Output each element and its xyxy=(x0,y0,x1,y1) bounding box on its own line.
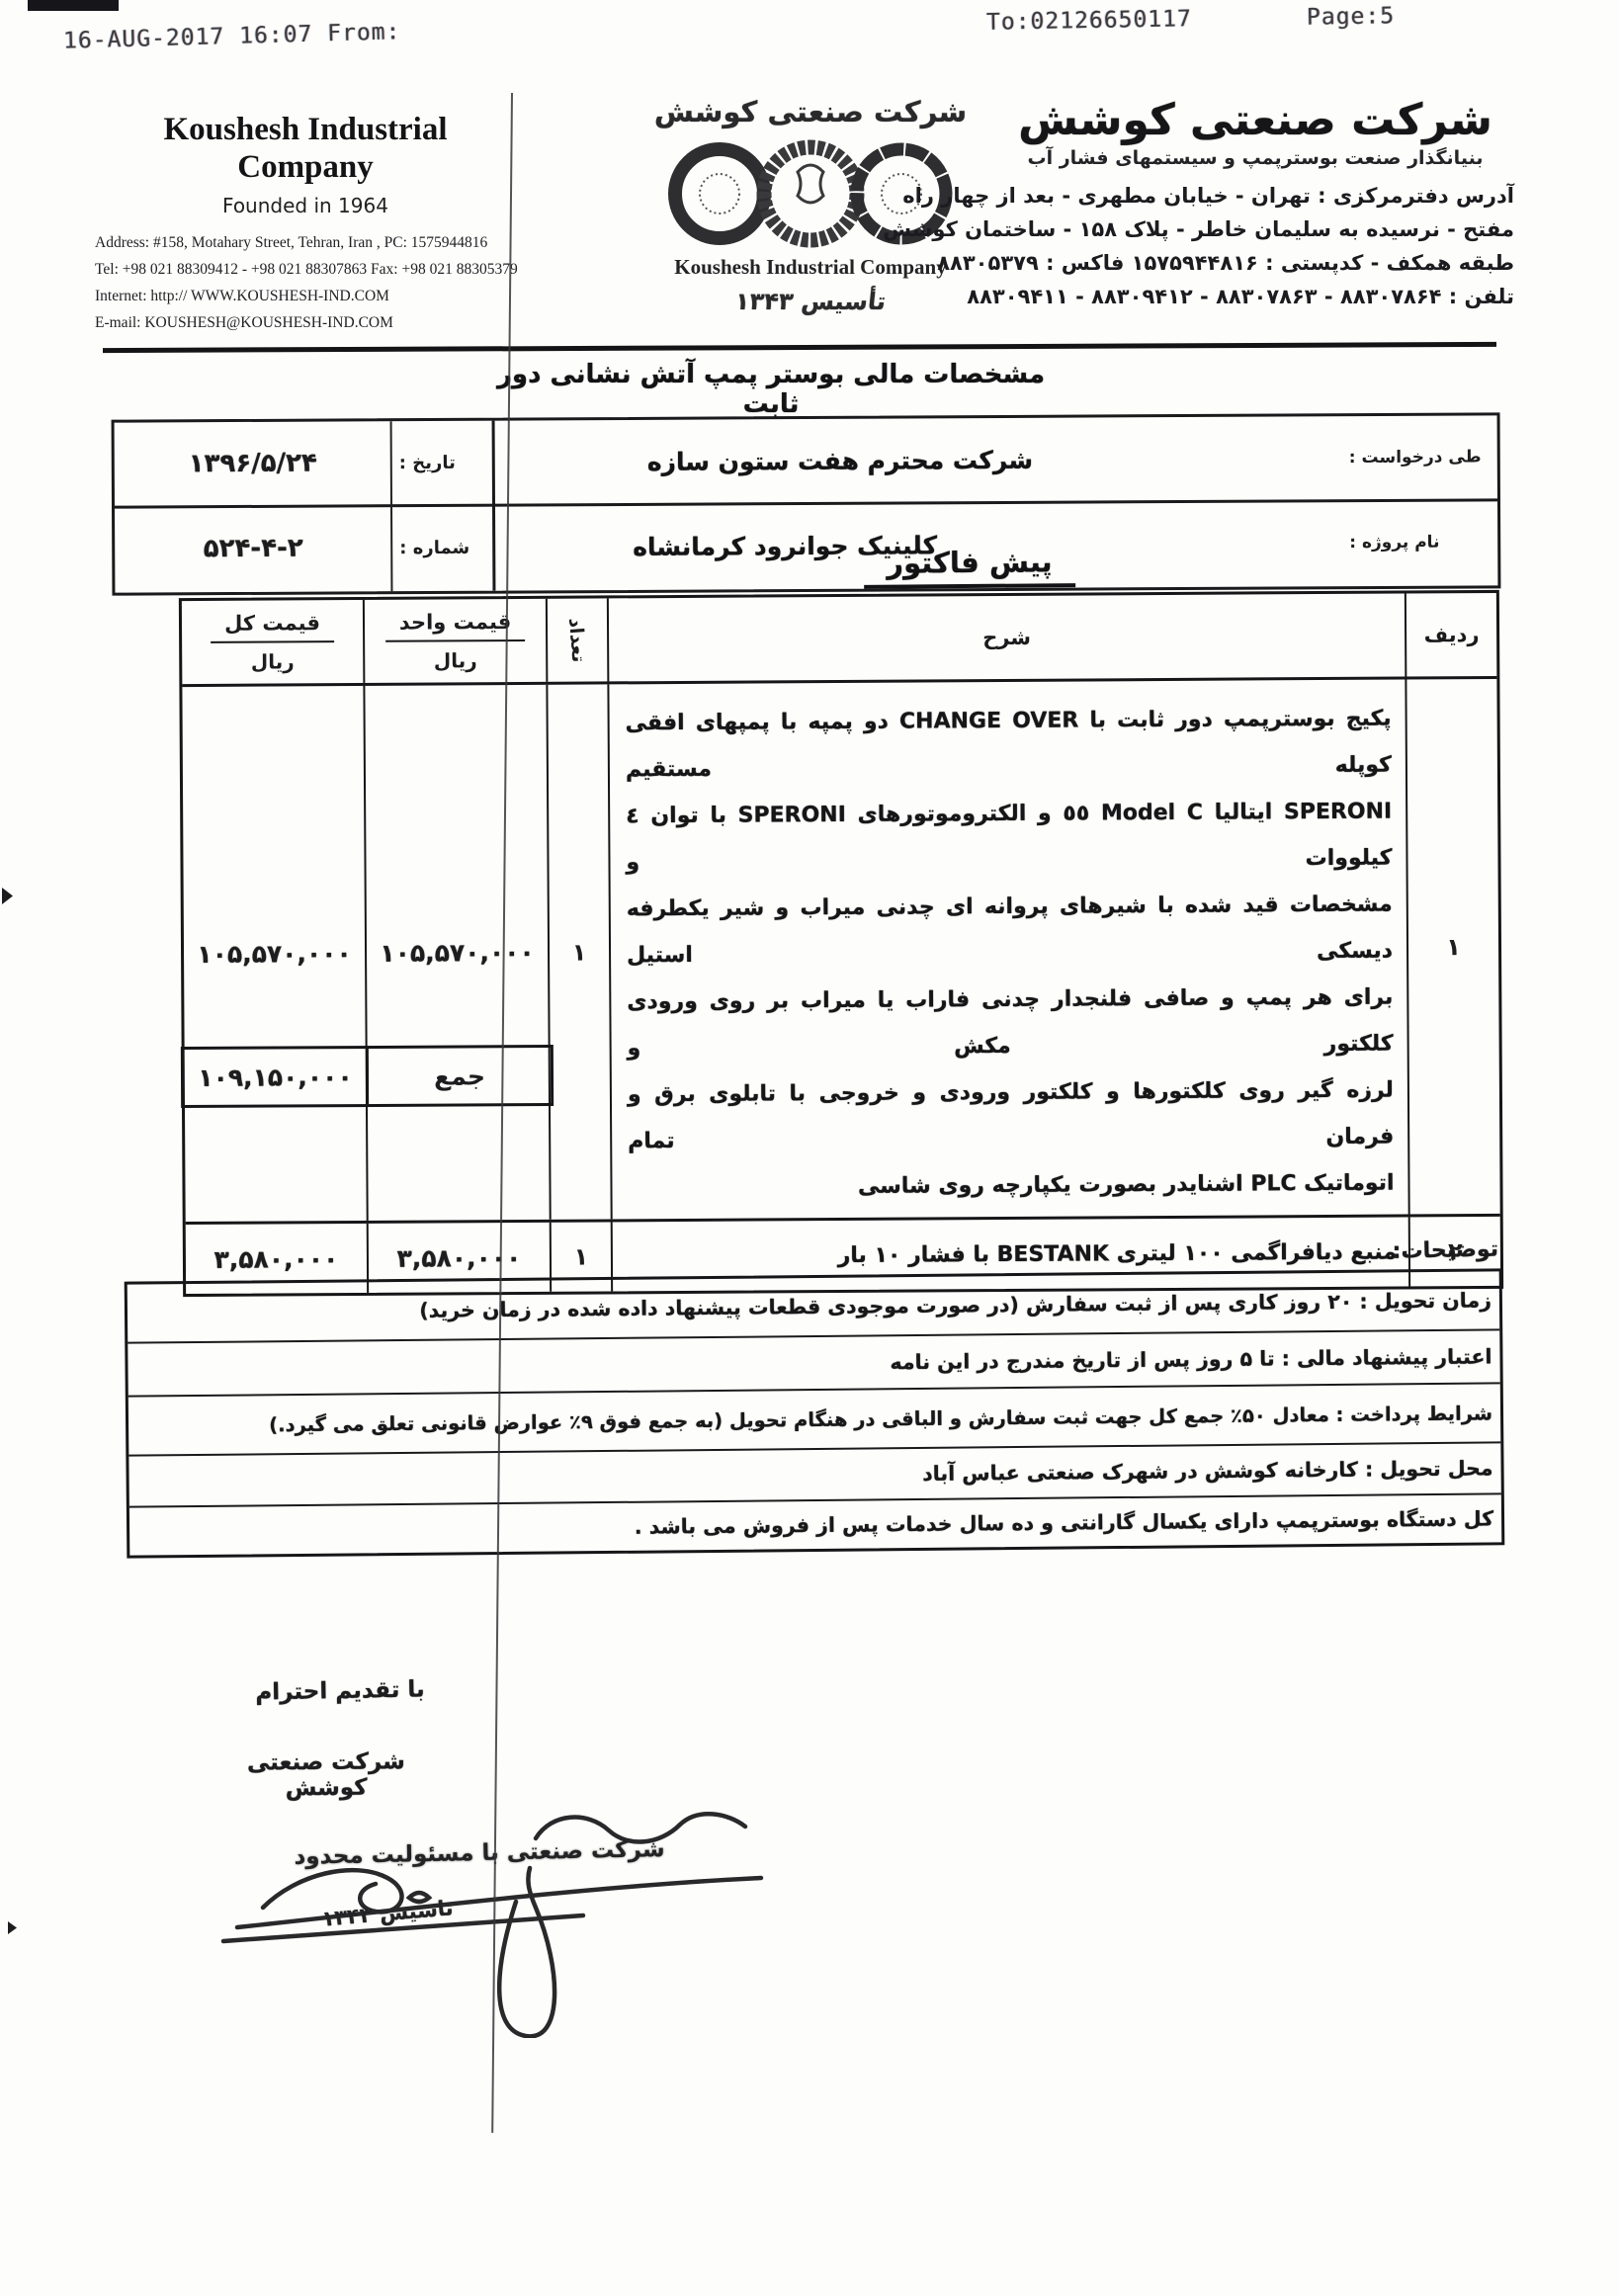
letterhead-persian: شرکت صنعتی کوشش بنیانگذار صنعت بوسترپمپ … xyxy=(996,95,1514,313)
address-en: Address: #158, Motahary Street, Tehran, … xyxy=(95,229,516,256)
company-name-fa: شرکت صنعتی کوشش xyxy=(996,95,1514,145)
founded-en: Founded in 1964 xyxy=(95,194,516,217)
address-fa-line1: آدرس دفترمرکزی : تهران - خیابان مطهری - … xyxy=(996,179,1514,213)
address-fa-line2: مفتح - نرسیده به سلیمان خاطر - پلاک ۱۵۸ … xyxy=(996,213,1514,246)
logo-company-name-fa: شرکت صنعتی کوشش xyxy=(635,95,986,128)
number-label: شماره : xyxy=(395,507,493,589)
request-label: طی درخواست : xyxy=(1343,415,1493,499)
date-label: تاریخ : xyxy=(395,421,493,505)
fax-from-stamp: 16-AUG-2017 16:07 From: xyxy=(63,19,401,54)
request-info-table: طی درخواست : شرکت محترم هفت ستون سازه نا… xyxy=(112,412,1501,595)
document-title: مشخصات مالی بوستر پمپ آتش نشانی دور ثابت xyxy=(472,360,1069,419)
invoice-total-row: جمع ۱۰۹,۱۵۰,۰۰۰ xyxy=(181,1045,554,1108)
row1-unit-price: ۱۰۵,۵۷۰,۰۰۰ xyxy=(363,685,549,1221)
col-header-unit-price: قیمت واحد ریال xyxy=(363,599,547,683)
scan-artifact-bar xyxy=(28,0,119,11)
website-en: Internet: http:// WWW.KOUSHESH-IND.COM xyxy=(95,283,516,309)
total-label: جمع xyxy=(367,1048,551,1104)
total-value: ۱۰۹,۱۵۰,۰۰۰ xyxy=(184,1049,367,1105)
email-en: E-mail: KOUSHESH@KOUSHESH-IND.COM xyxy=(95,309,516,336)
closing-respect: با تقدیم احترام xyxy=(243,1676,437,1705)
fax-page-stamp: Page:5 xyxy=(1307,3,1396,31)
row1-description: پکیج بوسترپمپ دور ثابت با CHANGE OVER دو… xyxy=(607,680,1407,1220)
date-value: ۱۳۹۶/۵/۲۴ xyxy=(125,421,382,505)
contact-info-en: Address: #158, Motahary Street, Tehran, … xyxy=(95,229,516,336)
number-value: ۵۲۴-۴-۲ xyxy=(125,507,382,589)
invoice-row-1: ۱ پکیج بوسترپمپ دور ثابت با CHANGE OVER … xyxy=(182,679,1499,1225)
invoice-header-row: ردیف شرح تعداد قیمت واحد ریال قیمت کل ری… xyxy=(182,593,1497,687)
row1-total-price: ۱۰۵,۵۷۰,۰۰۰ xyxy=(182,686,366,1222)
notes-label: توضیحات: xyxy=(1273,1237,1498,1267)
company-name-en: Koushesh Industrial Company xyxy=(95,111,516,186)
contact-info-fa: آدرس دفترمرکزی : تهران - خیابان مطهری - … xyxy=(996,179,1514,313)
row1-number: ۱ xyxy=(1405,679,1499,1215)
logo-company-name-en: Koushesh Industrial Company xyxy=(635,255,986,280)
scan-speck xyxy=(8,1921,17,1934)
col-header-qty: تعداد xyxy=(546,598,608,681)
address-fa-line3: طبقه همکف - کدپستی : ۱۵۷۵۹۴۴۸۱۶ فاکس : ۸… xyxy=(996,246,1514,280)
company-tagline-fa: بنیانگذار صنعت بوسترپمپ و سیستمهای فشار … xyxy=(996,147,1514,169)
invoice-table: ردیف شرح تعداد قیمت واحد ریال قیمت کل ری… xyxy=(179,590,1503,1297)
fax-to-stamp: To:02126650117 xyxy=(986,6,1192,36)
col-header-row-number: ردیف xyxy=(1405,593,1497,677)
logo-founded-fa: تأسیس ۱۳۴۳ xyxy=(634,288,988,315)
invoice-heading: پیش فاکتور xyxy=(864,545,1075,589)
request-value: شرکت محترم هفت ستون سازه xyxy=(647,416,1339,503)
letterhead-english: Koushesh Industrial Company Founded in 1… xyxy=(95,111,516,336)
scanned-fax-page: 16-AUG-2017 16:07 From: To:02126650117 P… xyxy=(0,0,1619,2296)
scan-speck xyxy=(2,888,13,904)
letterhead-divider-rule xyxy=(103,342,1496,353)
row1-qty: ۱ xyxy=(546,684,610,1219)
col-header-description: شرح xyxy=(607,594,1405,682)
phones-fa: تلفن : ۸۸۳۰۷۸۶۴ - ۸۸۳۰۷۸۶۳ - ۸۸۳۰۹۴۱۲ - … xyxy=(996,280,1514,313)
tel-fax-en: Tel: +98 021 88309412 - +98 021 88307863… xyxy=(95,256,516,283)
notes-table: زمان تحویل : ۲۰ روز کاری پس از ثبت سفارش… xyxy=(125,1268,1505,1558)
col-header-total-price: قیمت کل ریال xyxy=(182,600,364,684)
project-label: نام پروژه : xyxy=(1343,501,1493,583)
